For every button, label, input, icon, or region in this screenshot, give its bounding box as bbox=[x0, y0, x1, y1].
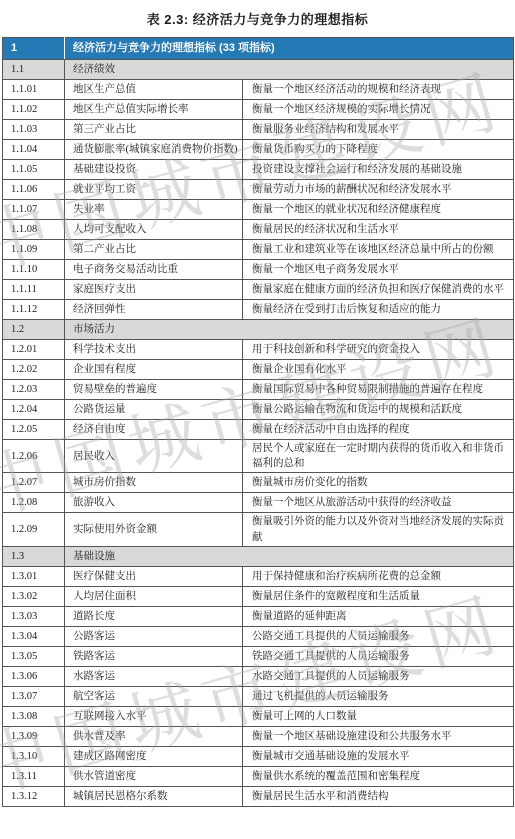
indicator-code-cell: 1.2.05 bbox=[3, 420, 65, 440]
indicator-name-cell: 人均居住面积 bbox=[65, 586, 243, 606]
indicator-name-cell: 旅游收入 bbox=[65, 493, 243, 513]
indicator-name-cell: 第二产业占比 bbox=[65, 240, 243, 260]
indicator-code-cell: 1.3.11 bbox=[3, 766, 65, 786]
indicator-code-cell: 1.3.03 bbox=[3, 606, 65, 626]
indicator-name-cell: 地区生产总值实际增长率 bbox=[65, 100, 243, 120]
indicator-name-cell: 基础建设投资 bbox=[65, 160, 243, 180]
indicator-name-cell: 航空客运 bbox=[65, 686, 243, 706]
indicator-name-cell: 第三产业占比 bbox=[65, 120, 243, 140]
indicator-name-cell: 贸易壁垒的普遍度 bbox=[65, 380, 243, 400]
indicator-code-cell: 1.3.02 bbox=[3, 586, 65, 606]
section-code-cell: 1.3 bbox=[3, 546, 65, 566]
indicator-desc-cell: 衡量居民的经济状况和生活水平 bbox=[243, 220, 514, 240]
indicator-name-cell: 城市房价指数 bbox=[65, 473, 243, 493]
indicator-name-cell: 就业平均工资 bbox=[65, 180, 243, 200]
indicator-code-cell: 1.1.10 bbox=[3, 260, 65, 280]
indicator-desc-cell: 通过飞机提供的人员运输服务 bbox=[243, 686, 514, 706]
indicator-desc-cell: 衡量一个地区从旅游活动中获得的经济收益 bbox=[243, 493, 514, 513]
indicator-code-cell: 1.3.08 bbox=[3, 706, 65, 726]
indicator-name-cell: 居民收入 bbox=[65, 440, 243, 473]
indicator-code-cell: 1.3.06 bbox=[3, 666, 65, 686]
indicator-code-cell: 1.1.08 bbox=[3, 220, 65, 240]
indicator-row: 1.2.03贸易壁垒的普遍度衡量国际贸易中各种贸易限制措施的普遍存在程度 bbox=[3, 380, 514, 400]
section-label-cell: 经济绩效 bbox=[65, 60, 514, 80]
indicator-name-cell: 公路货运量 bbox=[65, 400, 243, 420]
indicator-row: 1.1.05基础建设投资投资建设支撑社会运行和经济发展的基础设施 bbox=[3, 160, 514, 180]
indicators-table: 1 经济活力与竞争力的理想指标 (33 项指标) 1.1经济绩效1.1.01地区… bbox=[2, 37, 514, 807]
indicator-row: 1.1.08人均可支配收入衡量居民的经济状况和生活水平 bbox=[3, 220, 514, 240]
indicator-row: 1.3.02人均居住面积衡量居住条件的宽敞程度和生活质量 bbox=[3, 586, 514, 606]
indicator-desc-cell: 衡量一个地区电子商务发展水平 bbox=[243, 260, 514, 280]
section-row: 1.2市场活力 bbox=[3, 320, 514, 340]
indicator-code-cell: 1.2.01 bbox=[3, 340, 65, 360]
indicator-row: 1.2.02企业国有程度衡量企业国有化水平 bbox=[3, 360, 514, 380]
indicator-row: 1.2.09实际使用外资金额衡量吸引外资的能力以及外资对当地经济发展的实际贡献 bbox=[3, 513, 514, 546]
indicator-desc-cell: 衡量居住条件的宽敞程度和生活质量 bbox=[243, 586, 514, 606]
indicator-name-cell: 互联网接入水平 bbox=[65, 706, 243, 726]
indicator-desc-cell: 衡量在经济活动中自由选择的程度 bbox=[243, 420, 514, 440]
indicator-code-cell: 1.3.07 bbox=[3, 686, 65, 706]
section-row: 1.3基础设施 bbox=[3, 546, 514, 566]
indicator-code-cell: 1.1.06 bbox=[3, 180, 65, 200]
indicator-code-cell: 1.1.07 bbox=[3, 200, 65, 220]
indicator-row: 1.1.10电子商务交易活动比重衡量一个地区电子商务发展水平 bbox=[3, 260, 514, 280]
indicator-row: 1.1.01地区生产总值衡量一个地区经济活动的规模和经济表现 bbox=[3, 80, 514, 100]
header-label-cell: 经济活力与竞争力的理想指标 (33 项指标) bbox=[65, 38, 514, 60]
indicator-row: 1.3.01医疗保健支出用于保持健康和治疗疾病所花费的总金额 bbox=[3, 566, 514, 586]
indicator-desc-cell: 公路交通工具提供的人员运输服务 bbox=[243, 626, 514, 646]
indicator-row: 1.1.03第三产业占比衡量服务业经济结构和发展水平 bbox=[3, 120, 514, 140]
indicator-row: 1.2.04公路货运量衡量公路运输在物流和货运中的规模和活跃度 bbox=[3, 400, 514, 420]
indicator-desc-cell: 衡量一个地区基础设施建设和公共服务水平 bbox=[243, 726, 514, 746]
indicator-desc-cell: 居民个人或家庭在一定时期内获得的货币收入和非货币福利的总和 bbox=[243, 440, 514, 473]
section-label-cell: 市场活力 bbox=[65, 320, 514, 340]
indicator-code-cell: 1.1.12 bbox=[3, 300, 65, 320]
indicator-name-cell: 水路客运 bbox=[65, 666, 243, 686]
indicator-code-cell: 1.3.01 bbox=[3, 566, 65, 586]
indicator-name-cell: 供水管道密度 bbox=[65, 766, 243, 786]
indicator-code-cell: 1.2.08 bbox=[3, 493, 65, 513]
indicator-desc-cell: 衡量城市交通基础设施的发展水平 bbox=[243, 746, 514, 766]
indicator-row: 1.1.07失业率衡量一个地区的就业状况和经济健康程度 bbox=[3, 200, 514, 220]
indicator-row: 1.3.12城镇居民恩格尔系数衡量居民生活水平和消费结构 bbox=[3, 786, 514, 806]
indicator-desc-cell: 衡量一个地区的就业状况和经济健康程度 bbox=[243, 200, 514, 220]
indicator-row: 1.2.06居民收入居民个人或家庭在一定时期内获得的货币收入和非货币福利的总和 bbox=[3, 440, 514, 473]
indicator-code-cell: 1.1.01 bbox=[3, 80, 65, 100]
indicator-name-cell: 实际使用外资金额 bbox=[65, 513, 243, 546]
indicator-row: 1.3.11供水管道密度衡量供水系统的覆盖范围和密集程度 bbox=[3, 766, 514, 786]
indicator-desc-cell: 衡量居民生活水平和消费结构 bbox=[243, 786, 514, 806]
indicator-desc-cell: 衡量一个地区经济活动的规模和经济表现 bbox=[243, 80, 514, 100]
indicator-row: 1.3.05铁路客运铁路交通工具提供的人员运输服务 bbox=[3, 646, 514, 666]
indicator-desc-cell: 衡量供水系统的覆盖范围和密集程度 bbox=[243, 766, 514, 786]
indicator-code-cell: 1.1.03 bbox=[3, 120, 65, 140]
indicator-desc-cell: 衡量企业国有化水平 bbox=[243, 360, 514, 380]
indicator-name-cell: 医疗保健支出 bbox=[65, 566, 243, 586]
indicator-desc-cell: 衡量国际贸易中各种贸易限制措施的普遍存在程度 bbox=[243, 380, 514, 400]
indicator-row: 1.1.02地区生产总值实际增长率衡量一个地区经济规模的实际增长情况 bbox=[3, 100, 514, 120]
indicator-name-cell: 道路长度 bbox=[65, 606, 243, 626]
indicator-desc-cell: 衡量公路运输在物流和货运中的规模和活跃度 bbox=[243, 400, 514, 420]
indicator-row: 1.3.10建成区路网密度衡量城市交通基础设施的发展水平 bbox=[3, 746, 514, 766]
document-page: 表 2.3: 经济活力与竞争力的理想指标 1 经济活力与竞争力的理想指标 (33… bbox=[0, 0, 515, 839]
indicator-code-cell: 1.2.03 bbox=[3, 380, 65, 400]
indicator-code-cell: 1.3.05 bbox=[3, 646, 65, 666]
indicator-code-cell: 1.3.10 bbox=[3, 746, 65, 766]
indicator-name-cell: 地区生产总值 bbox=[65, 80, 243, 100]
indicator-desc-cell: 衡量道路的延伸距离 bbox=[243, 606, 514, 626]
indicator-desc-cell: 衡量货币购买力的下降程度 bbox=[243, 140, 514, 160]
indicator-code-cell: 1.2.04 bbox=[3, 400, 65, 420]
section-code-cell: 1.1 bbox=[3, 60, 65, 80]
indicator-name-cell: 通货膨胀率(城镇家庭消费物价指数) bbox=[65, 140, 243, 160]
indicator-name-cell: 科学技术支出 bbox=[65, 340, 243, 360]
indicator-desc-cell: 铁路交通工具提供的人员运输服务 bbox=[243, 646, 514, 666]
indicator-code-cell: 1.1.04 bbox=[3, 140, 65, 160]
indicator-row: 1.1.06就业平均工资衡量劳动力市场的薪酬状况和经济发展水平 bbox=[3, 180, 514, 200]
section-code-cell: 1.2 bbox=[3, 320, 65, 340]
indicator-row: 1.1.12经济回弹性衡量经济在受到打击后恢复和适应的能力 bbox=[3, 300, 514, 320]
indicator-desc-cell: 衡量经济在受到打击后恢复和适应的能力 bbox=[243, 300, 514, 320]
indicator-code-cell: 1.3.09 bbox=[3, 726, 65, 746]
indicator-row: 1.1.09第二产业占比衡量工业和建筑业等在该地区经济总量中所占的份额 bbox=[3, 240, 514, 260]
indicator-name-cell: 人均可支配收入 bbox=[65, 220, 243, 240]
indicator-code-cell: 1.1.05 bbox=[3, 160, 65, 180]
indicator-name-cell: 企业国有程度 bbox=[65, 360, 243, 380]
indicator-row: 1.2.05经济自由度衡量在经济活动中自由选择的程度 bbox=[3, 420, 514, 440]
table-header-row: 1 经济活力与竞争力的理想指标 (33 项指标) bbox=[3, 38, 514, 60]
indicator-name-cell: 家庭医疗支出 bbox=[65, 280, 243, 300]
table-title: 表 2.3: 经济活力与竞争力的理想指标 bbox=[0, 0, 515, 28]
indicator-row: 1.3.03道路长度衡量道路的延伸距离 bbox=[3, 606, 514, 626]
indicator-desc-cell: 水路交通工具提供的人员运输服务 bbox=[243, 666, 514, 686]
indicator-row: 1.2.07城市房价指数衡量城市房价变化的指数 bbox=[3, 473, 514, 493]
indicator-desc-cell: 衡量家庭在健康方面的经济负担和医疗保健消费的水平 bbox=[243, 280, 514, 300]
indicator-desc-cell: 投资建设支撑社会运行和经济发展的基础设施 bbox=[243, 160, 514, 180]
indicator-name-cell: 建成区路网密度 bbox=[65, 746, 243, 766]
indicator-desc-cell: 衡量城市房价变化的指数 bbox=[243, 473, 514, 493]
indicator-name-cell: 失业率 bbox=[65, 200, 243, 220]
indicator-row: 1.3.07航空客运通过飞机提供的人员运输服务 bbox=[3, 686, 514, 706]
indicator-row: 1.3.06水路客运水路交通工具提供的人员运输服务 bbox=[3, 666, 514, 686]
indicator-code-cell: 1.1.09 bbox=[3, 240, 65, 260]
section-label-cell: 基础设施 bbox=[65, 546, 514, 566]
indicator-row: 1.3.04公路客运公路交通工具提供的人员运输服务 bbox=[3, 626, 514, 646]
indicator-row: 1.3.08互联网接入水平衡量可上网的人口数量 bbox=[3, 706, 514, 726]
indicator-name-cell: 经济自由度 bbox=[65, 420, 243, 440]
indicator-name-cell: 公路客运 bbox=[65, 626, 243, 646]
section-row: 1.1经济绩效 bbox=[3, 60, 514, 80]
indicator-row: 1.1.11家庭医疗支出衡量家庭在健康方面的经济负担和医疗保健消费的水平 bbox=[3, 280, 514, 300]
indicator-desc-cell: 衡量服务业经济结构和发展水平 bbox=[243, 120, 514, 140]
indicator-name-cell: 铁路客运 bbox=[65, 646, 243, 666]
indicator-desc-cell: 用于科技创新和科学研究的资金投入 bbox=[243, 340, 514, 360]
indicator-name-cell: 电子商务交易活动比重 bbox=[65, 260, 243, 280]
indicator-name-cell: 供水普及率 bbox=[65, 726, 243, 746]
indicator-code-cell: 1.3.12 bbox=[3, 786, 65, 806]
indicator-code-cell: 1.3.04 bbox=[3, 626, 65, 646]
indicator-row: 1.3.09供水普及率衡量一个地区基础设施建设和公共服务水平 bbox=[3, 726, 514, 746]
indicator-code-cell: 1.2.09 bbox=[3, 513, 65, 546]
indicator-desc-cell: 衡量工业和建筑业等在该地区经济总量中所占的份额 bbox=[243, 240, 514, 260]
indicator-code-cell: 1.2.02 bbox=[3, 360, 65, 380]
indicator-desc-cell: 衡量吸引外资的能力以及外资对当地经济发展的实际贡献 bbox=[243, 513, 514, 546]
indicator-desc-cell: 衡量劳动力市场的薪酬状况和经济发展水平 bbox=[243, 180, 514, 200]
indicator-row: 1.2.08旅游收入衡量一个地区从旅游活动中获得的经济收益 bbox=[3, 493, 514, 513]
indicator-desc-cell: 衡量一个地区经济规模的实际增长情况 bbox=[243, 100, 514, 120]
indicator-name-cell: 经济回弹性 bbox=[65, 300, 243, 320]
indicator-desc-cell: 用于保持健康和治疗疾病所花费的总金额 bbox=[243, 566, 514, 586]
indicator-desc-cell: 衡量可上网的人口数量 bbox=[243, 706, 514, 726]
indicator-code-cell: 1.1.11 bbox=[3, 280, 65, 300]
indicator-name-cell: 城镇居民恩格尔系数 bbox=[65, 786, 243, 806]
indicator-row: 1.1.04通货膨胀率(城镇家庭消费物价指数)衡量货币购买力的下降程度 bbox=[3, 140, 514, 160]
indicator-row: 1.2.01科学技术支出用于科技创新和科学研究的资金投入 bbox=[3, 340, 514, 360]
indicator-code-cell: 1.2.06 bbox=[3, 440, 65, 473]
header-code-cell: 1 bbox=[3, 38, 65, 60]
indicator-code-cell: 1.2.07 bbox=[3, 473, 65, 493]
indicator-code-cell: 1.1.02 bbox=[3, 100, 65, 120]
